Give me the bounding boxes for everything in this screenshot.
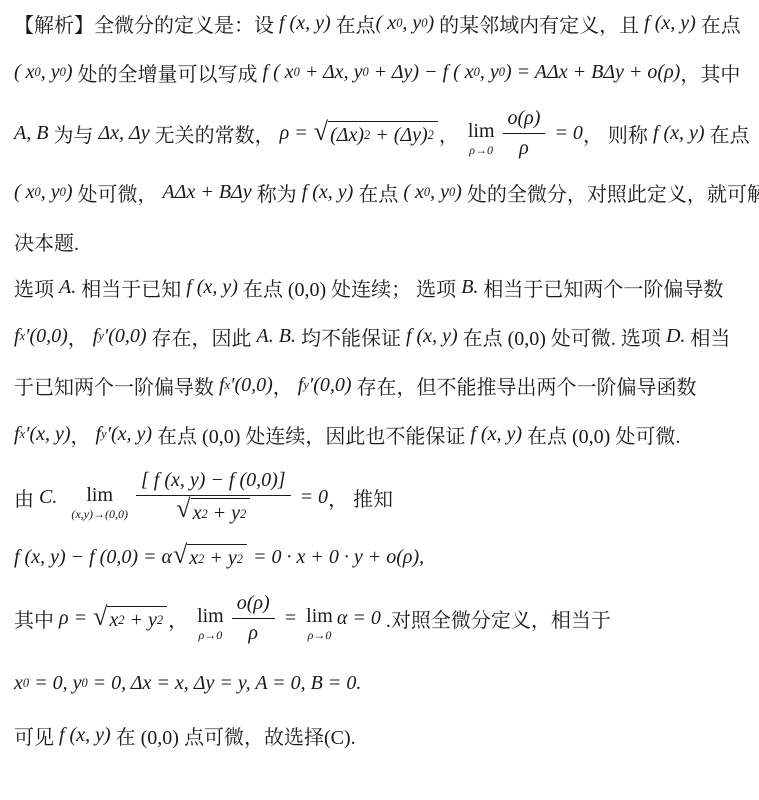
text-run: 选项: [14, 273, 59, 302]
math-run: f (x, y) − f (0,0) = α: [14, 546, 172, 569]
fraction: o(ρ)ρ: [232, 591, 275, 646]
math-run: = 0, y: [29, 672, 81, 695]
radical-symbol: √: [173, 542, 187, 568]
solution-document: 【解析】全微分的定义是：设 f (x, y) 在点( x0, y0) 的某邻域内…: [0, 0, 759, 750]
math-run: f ( x: [263, 61, 294, 84]
math-run: (Δx): [330, 124, 364, 147]
paragraph-line: 决本题.: [14, 226, 749, 256]
text-run: 在 (0,0) 点可微，故选择(C).: [111, 721, 356, 750]
math-run: = 0 · x + 0 · y + o(ρ),: [248, 546, 424, 569]
math-run: o(ρ): [237, 591, 270, 616]
radical-symbol: √: [176, 496, 190, 522]
math-run: ′(0,0): [230, 374, 273, 397]
limit-operator: limρ→0: [468, 121, 495, 156]
fraction: [ f (x, y) − f (0,0)]√x2 + y2: [136, 468, 291, 526]
math-run: f (x, y): [302, 181, 354, 204]
text-run: ，: [273, 371, 298, 400]
text-run: 的某邻域内有定义，且: [434, 9, 644, 38]
radicand: (Δx)2 + (Δy)2: [328, 121, 438, 147]
limit-word: lim: [86, 485, 113, 505]
text-run: 决本题.: [14, 227, 79, 256]
text-run: 在点: [696, 9, 741, 38]
math-run: + y: [204, 547, 236, 570]
math-run: A, B: [14, 122, 48, 145]
math-run: f (x, y): [279, 12, 331, 35]
math-run: A.: [59, 276, 76, 299]
math-run: ): [455, 181, 462, 204]
math-run: f (x, y): [406, 325, 458, 348]
limit-operator: limρ→0: [197, 606, 224, 641]
text-run: 无关的常数，: [150, 119, 280, 148]
math-run: + (Δy): [370, 124, 427, 147]
text-run: [57, 486, 67, 509]
paragraph-line: 其中 ρ = √x2 + y2， limρ→0o(ρ)ρ = limρ→0α =…: [14, 591, 749, 646]
math-run: ) = AΔx + BΔy + o(ρ): [505, 61, 680, 84]
paragraph-line: fx′(x, y)， fy′(x, y) 在点 (0,0) 处连续，因此也不能保…: [14, 419, 749, 449]
limit-word: lim: [468, 121, 495, 141]
math-run: ): [66, 181, 73, 204]
text-run: 处的全微分，对照此定义，就可解: [462, 178, 759, 207]
limit-word: lim: [306, 606, 333, 626]
math-run: ′(0,0): [309, 374, 352, 397]
limit-subscript: (x,y)→(0,0): [71, 508, 128, 520]
math-run: α = 0: [337, 607, 381, 630]
math-run: o(ρ): [508, 106, 541, 131]
text-run: 在点 (0,0) 处可微.: [522, 420, 680, 449]
math-run: f (x, y): [653, 122, 705, 145]
math-run: C.: [39, 486, 57, 509]
math-run: ′(x, y): [25, 423, 70, 446]
text-run: ， 则称: [583, 119, 653, 148]
text-run: 均不能保证: [296, 322, 406, 351]
math-run: AΔx + BΔy: [163, 181, 252, 204]
math-run: ): [66, 61, 73, 84]
math-run: f: [14, 325, 20, 348]
text-run: 存在，因此: [147, 322, 257, 351]
limit-subscript: ρ→0: [199, 629, 223, 641]
text-run: 【解析】全微分的定义是：设: [14, 9, 279, 38]
math-run: ′(0,0): [25, 325, 68, 348]
math-run: ′(0,0): [104, 325, 147, 348]
fraction-denominator: ρ: [519, 134, 529, 161]
math-run: A. B.: [257, 325, 296, 348]
math-run: ρ: [519, 136, 529, 161]
text-run: 可见: [14, 721, 59, 750]
math-run: , y: [480, 61, 499, 84]
paragraph-line: x0 = 0, y0 = 0, Δx = x, Δy = y, A = 0, B…: [14, 668, 749, 698]
text-run: 处可微，: [73, 178, 163, 207]
paragraph-line: ( x0, y0) 处的全增量可以写成 f ( x0 + Δx, y0 + Δy…: [14, 57, 749, 87]
text-run: ， 推知: [328, 483, 393, 512]
math-run: = 0: [549, 122, 583, 145]
text-run: 在点: [353, 178, 403, 207]
math-run: + Δx, y: [300, 61, 363, 84]
limit-operator: limρ→0: [306, 606, 333, 641]
text-run: 其中: [14, 604, 59, 633]
paragraph-line: fx′(0,0)， fy′(0,0) 存在，因此 A. B. 均不能保证 f (…: [14, 321, 749, 351]
math-run: + y: [124, 609, 156, 632]
math-run: , y: [41, 61, 60, 84]
paragraph-line: 由 C. lim(x,y)→(0,0)[ f (x, y) − f (0,0)]…: [14, 468, 749, 526]
radical: √(Δx)2 + (Δy)2: [314, 121, 438, 147]
text-run: 相当: [685, 322, 730, 351]
text-run: 在点: [705, 119, 750, 148]
math-run: x: [189, 547, 198, 570]
fraction-denominator: √x2 + y2: [175, 496, 251, 526]
limit-operator: lim(x,y)→(0,0): [71, 485, 128, 520]
math-run: ρ =: [280, 122, 313, 145]
text-run: 称为: [252, 178, 302, 207]
text-run: 为与: [48, 119, 98, 148]
text-run: ，其中: [680, 58, 740, 87]
limit-subscript: ρ→0: [308, 629, 332, 641]
text-run: 在点 (0,0) 处可微. 选项: [458, 322, 666, 351]
limit-subscript: ρ→0: [469, 144, 493, 156]
math-run: = 0, Δx = x, Δy = y, A = 0, B = 0.: [88, 672, 362, 695]
math-run: ( x: [403, 181, 424, 204]
paragraph-line: f (x, y) − f (0,0) = α√x2 + y2 = 0 · x +…: [14, 542, 749, 572]
math-run: , y: [41, 181, 60, 204]
math-run: x: [14, 672, 23, 695]
paragraph-line: 于已知两个一阶偏导数 fx′(0,0)， fy′(0,0) 存在，但不能推导出两…: [14, 370, 749, 400]
text-run: 相当于已知: [76, 273, 186, 302]
text-run: 在点: [331, 9, 376, 38]
text-run: 在点 (0,0) 处连续，因此也不能保证: [152, 420, 470, 449]
fraction-denominator: ρ: [248, 619, 258, 646]
text-run: .对照全微分定义，相当于: [381, 604, 611, 633]
math-run: ): [427, 12, 434, 35]
radical-symbol: √: [93, 604, 107, 630]
radicand: x2 + y2: [107, 606, 167, 632]
text-run: ，: [68, 322, 93, 351]
radical: √x2 + y2: [176, 498, 250, 526]
radical: √x2 + y2: [93, 606, 167, 632]
paragraph-line: 可见 f (x, y) 在 (0,0) 点可微，故选择(C).: [14, 720, 749, 750]
math-run: B.: [461, 276, 478, 299]
math-run: Δx, Δy: [98, 122, 149, 145]
fraction-numerator: o(ρ): [503, 106, 546, 134]
math-run: x: [193, 501, 202, 526]
fraction-numerator: [ f (x, y) − f (0,0)]: [136, 468, 291, 496]
text-run: ，: [439, 119, 464, 148]
text-run: 于已知两个一阶偏导数: [14, 371, 219, 400]
math-run: ρ: [248, 621, 258, 646]
math-run: = 0: [295, 486, 329, 509]
radical: √x2 + y2: [173, 544, 247, 570]
radicand: x2 + y2: [187, 544, 247, 570]
text-run: 由: [14, 483, 39, 512]
math-run: f (x, y): [186, 276, 238, 299]
math-run: + y: [208, 501, 240, 526]
math-run: =: [279, 607, 303, 630]
text-run: 相当于已知两个一阶偏导数: [478, 273, 723, 302]
math-run: f (x, y): [644, 12, 696, 35]
math-run: + Δy) − f ( x: [369, 61, 474, 84]
text-run: ，: [168, 604, 193, 633]
text-run: ，: [71, 420, 96, 449]
fraction-numerator: o(ρ): [232, 591, 275, 619]
math-run: ( x: [14, 61, 35, 84]
math-run: f (x, y): [59, 724, 111, 747]
limit-word: lim: [197, 606, 224, 626]
fraction: o(ρ)ρ: [503, 106, 546, 161]
radicand: x2 + y2: [191, 498, 251, 526]
paragraph-line: 【解析】全微分的定义是：设 f (x, y) 在点( x0, y0) 的某邻域内…: [14, 8, 749, 38]
math-run: f: [14, 423, 20, 446]
text-run: 在点 (0,0) 处连续； 选项: [238, 273, 461, 302]
paragraph-line: A, B 为与 Δx, Δy 无关的常数， ρ = √(Δx)2 + (Δy)2…: [14, 106, 749, 161]
radical-symbol: √: [314, 119, 328, 145]
paragraph-line: ( x0, y0) 处可微， AΔx + BΔy 称为 f (x, y) 在点 …: [14, 177, 749, 207]
math-run: , y: [402, 12, 421, 35]
math-run: ′(x, y): [107, 423, 152, 446]
math-run: [ f (x, y) − f (0,0)]: [141, 468, 286, 493]
math-run: , y: [430, 181, 449, 204]
paragraph-line: 选项 A. 相当于已知 f (x, y) 在点 (0,0) 处连续； 选项 B.…: [14, 272, 749, 302]
text-run: 处的全增量可以写成: [73, 58, 263, 87]
math-run: ( x: [376, 12, 397, 35]
math-run: f: [219, 374, 225, 397]
math-run: ( x: [14, 181, 35, 204]
math-run: x: [109, 609, 118, 632]
text-run: 存在，但不能推导出两个一阶偏导函数: [352, 371, 697, 400]
math-run: f (x, y): [470, 423, 522, 446]
math-run: ρ =: [59, 607, 92, 630]
math-run: D.: [666, 325, 685, 348]
